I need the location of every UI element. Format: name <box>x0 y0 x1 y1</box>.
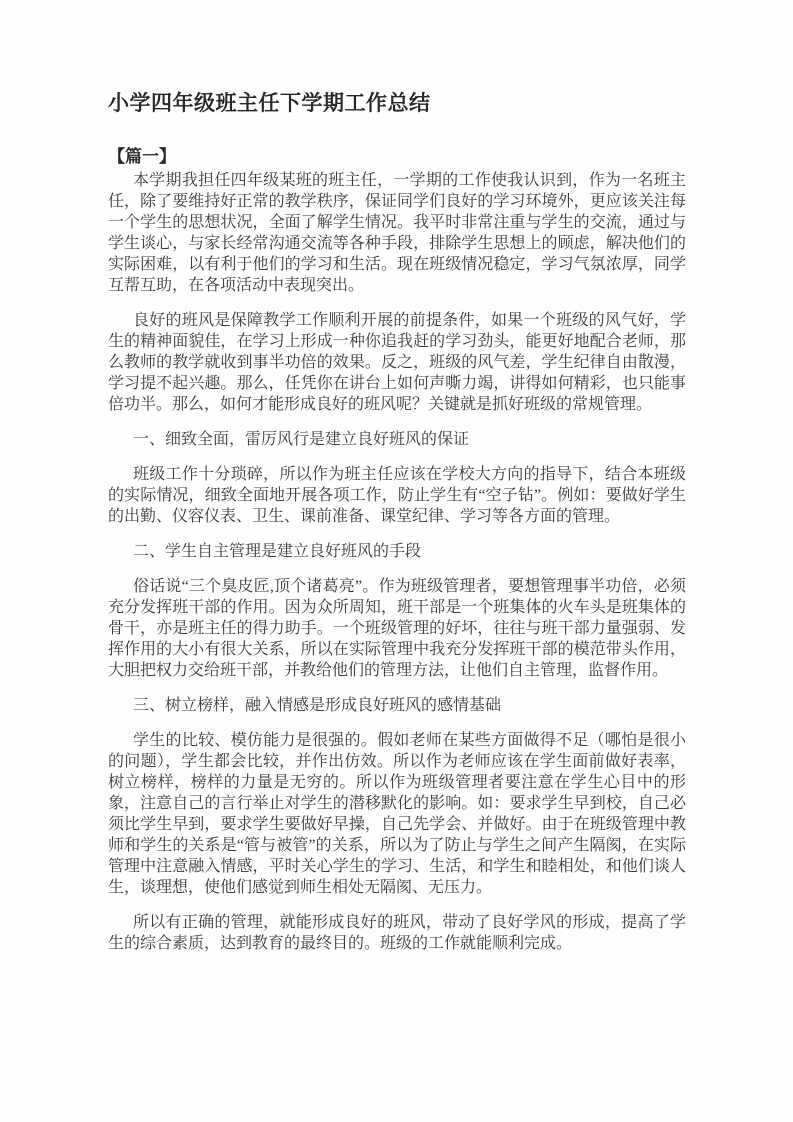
paragraph-intro: 本学期我担任四年级某班的班主任，一学期的工作使我认识到，作为一名班主任，除了要维… <box>108 170 686 296</box>
document-page: 小学四年级班主任下学期工作总结 【篇一】 本学期我担任四年级某班的班主任，一学期… <box>0 0 793 1122</box>
section-label: 【篇一】 <box>108 146 686 168</box>
paragraph-section-2: 俗话说“三个臭皮匠,顶个诸葛亮”。作为班级管理者，要想管理事半功倍，必须充分发挥… <box>108 576 686 681</box>
subheading-2: 二、学生自主管理是建立良好班风的手段 <box>108 541 686 562</box>
subheading-1: 一、细致全面，雷厉风行是建立良好班风的保证 <box>108 429 686 450</box>
paragraph-conclusion: 所以有正确的管理，就能形成良好的班风，带动了良好学风的形成，提高了学生的综合素质… <box>108 912 686 954</box>
paragraph-class-spirit: 良好的班风是保障教学工作顺利开展的前提条件，如果一个班级的风气好，学生的精神面貌… <box>108 310 686 415</box>
paragraph-section-3: 学生的比较、模仿能力是很强的。假如老师在某些方面做得不足（哪怕是很小的问题），学… <box>108 730 686 898</box>
subheading-3: 三、树立榜样，融入情感是形成良好班风的感情基础 <box>108 695 686 716</box>
document-title: 小学四年级班主任下学期工作总结 <box>108 91 686 115</box>
document-content: 小学四年级班主任下学期工作总结 【篇一】 本学期我担任四年级某班的班主任，一学期… <box>108 91 686 968</box>
paragraph-section-1: 班级工作十分琐碎，所以作为班主任应该在学校大方向的指导下，结合本班级的实际情况，… <box>108 464 686 527</box>
